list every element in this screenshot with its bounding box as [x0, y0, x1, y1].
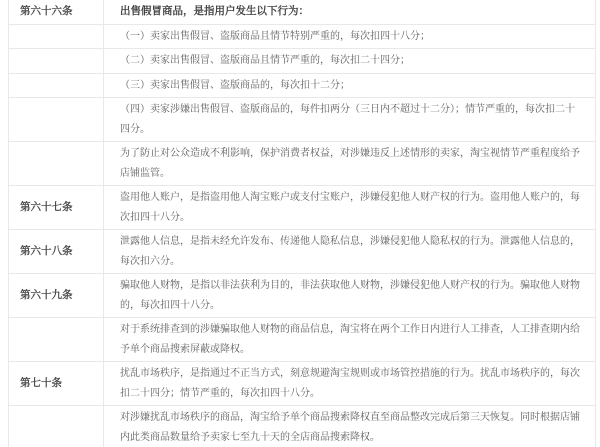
rule-text: 盗用他人账户，是指盗用他人淘宝账户或支付宝账户，涉嫌侵犯他人财产权的行为。盗用他…	[104, 186, 596, 230]
article-number	[9, 49, 104, 74]
table-row: 第七十条 扰乱市场秩序，是指通过不正当方式，刻意规避淘宝规则或市场管控措施的行为…	[9, 362, 596, 406]
rules-document-page: 第六十六条 出售假冒商品，是指用户发生以下行为： （一）卖家出售假冒、盗版商品且…	[0, 0, 600, 447]
rule-text: （二）卖家出售假冒、盗版商品且情节严重的，每次扣二十四分；	[104, 49, 596, 74]
article-number: 第六十八条	[9, 230, 104, 274]
rule-text: （四）卖家涉嫌出售假冒、盗版商品的，每件扣两分（三日内不超过十二分）；情节严重的…	[104, 98, 596, 142]
rule-text: 对涉嫌扰乱市场秩序的商品，淘宝给予单个商品搜索降权直至商品整改完成后第三天恢复。…	[104, 406, 596, 447]
article-number	[9, 73, 104, 98]
table-row: 对涉嫌扰乱市场秩序的商品，淘宝给予单个商品搜索降权直至商品整改完成后第三天恢复。…	[9, 406, 596, 447]
article-number: 第七十条	[9, 362, 104, 406]
rules-table: 第六十六条 出售假冒商品，是指用户发生以下行为： （一）卖家出售假冒、盗版商品且…	[8, 0, 596, 447]
table-row: （三）卖家出售假冒、盗版商品的，每次扣十二分；	[9, 73, 596, 98]
article-number	[9, 406, 104, 447]
table-row: 第六十七条 盗用他人账户，是指盗用他人淘宝账户或支付宝账户，涉嫌侵犯他人财产权的…	[9, 186, 596, 230]
article-number: 第六十九条	[9, 274, 104, 318]
article-number	[9, 142, 104, 186]
rule-text: 为了防止对公众造成不利影响，保护消费者权益，对涉嫌违反上述情形的卖家，淘宝视情节…	[104, 142, 596, 186]
article-number: 第六十六条	[9, 0, 104, 24]
rule-text: （一）卖家出售假冒、盗版商品且情节特别严重的，每次扣四十八分；	[104, 24, 596, 49]
rule-text: （三）卖家出售假冒、盗版商品的，每次扣十二分；	[104, 73, 596, 98]
article-number	[9, 318, 104, 362]
article-number: 第六十七条	[9, 186, 104, 230]
table-row: 对于系统排查到的涉嫌骗取他人财物的商品信息，淘宝将在两个工作日内进行人工排查，人…	[9, 318, 596, 362]
rule-text: 出售假冒商品，是指用户发生以下行为：	[104, 0, 596, 24]
table-row: 为了防止对公众造成不利影响，保护消费者权益，对涉嫌违反上述情形的卖家，淘宝视情节…	[9, 142, 596, 186]
table-row: 第六十八条 泄露他人信息，是指未经允许发布、传递他人隐私信息，涉嫌侵犯他人隐私权…	[9, 230, 596, 274]
rule-text: 扰乱市场秩序，是指通过不正当方式，刻意规避淘宝规则或市场管控措施的行为。扰乱市场…	[104, 362, 596, 406]
rule-text: 泄露他人信息，是指未经允许发布、传递他人隐私信息，涉嫌侵犯他人隐私权的行为。泄露…	[104, 230, 596, 274]
table-row: （一）卖家出售假冒、盗版商品且情节特别严重的，每次扣四十八分；	[9, 24, 596, 49]
table-row: （四）卖家涉嫌出售假冒、盗版商品的，每件扣两分（三日内不超过十二分）；情节严重的…	[9, 98, 596, 142]
rule-text: 对于系统排查到的涉嫌骗取他人财物的商品信息，淘宝将在两个工作日内进行人工排查，人…	[104, 318, 596, 362]
table-row: （二）卖家出售假冒、盗版商品且情节严重的，每次扣二十四分；	[9, 49, 596, 74]
table-row: 第六十六条 出售假冒商品，是指用户发生以下行为：	[9, 0, 596, 24]
rule-text: 骗取他人财物，是指以非法获利为目的，非法获取他人财物，涉嫌侵犯他人财产权的行为。…	[104, 274, 596, 318]
table-row: 第六十九条 骗取他人财物，是指以非法获利为目的，非法获取他人财物，涉嫌侵犯他人财…	[9, 274, 596, 318]
rules-table-body: 第六十六条 出售假冒商品，是指用户发生以下行为： （一）卖家出售假冒、盗版商品且…	[9, 0, 596, 447]
article-number	[9, 98, 104, 142]
article-number	[9, 24, 104, 49]
